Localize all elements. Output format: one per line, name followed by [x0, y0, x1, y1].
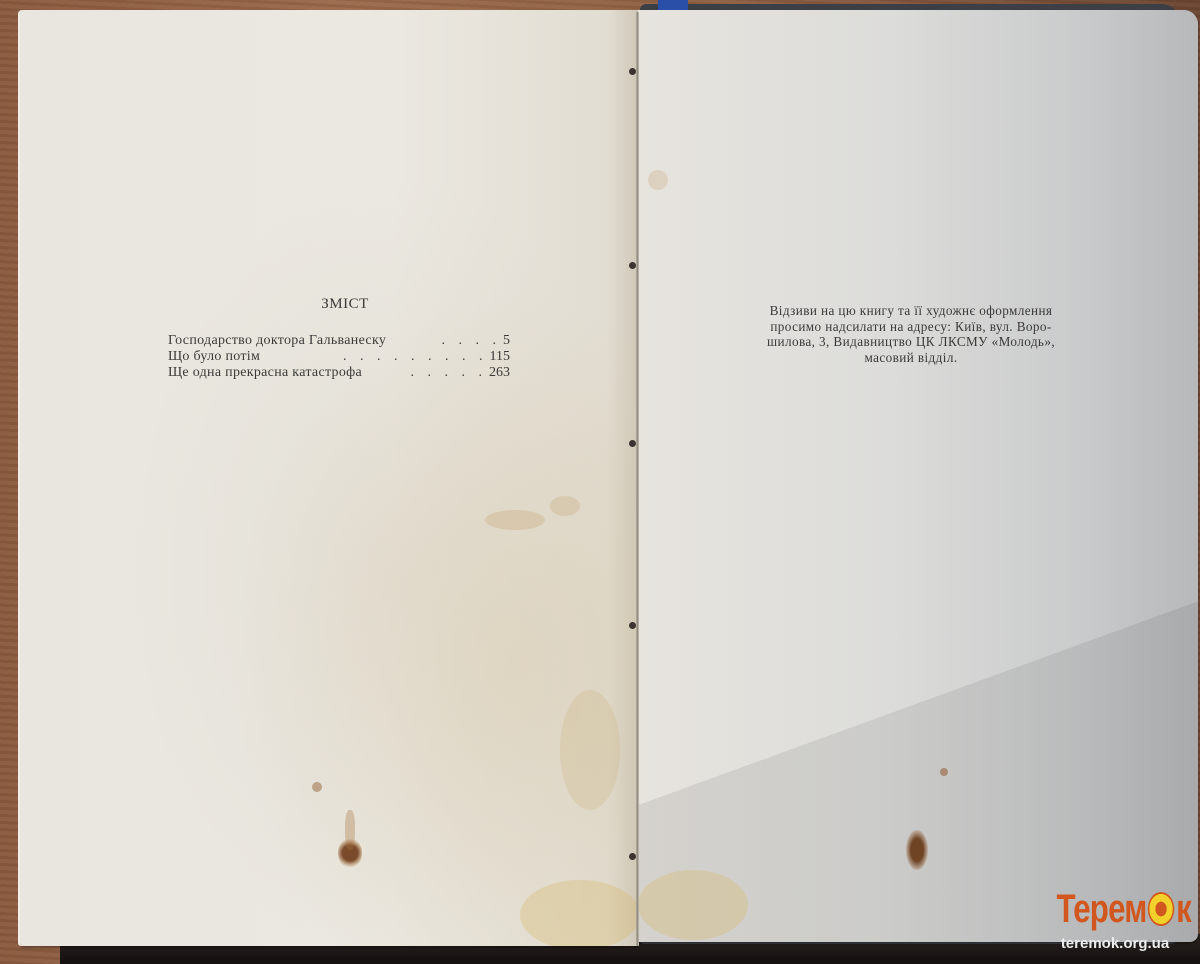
- notice-line: шилова, 3, Видавництво ЦК ЛКСМУ «Молодь»…: [756, 334, 1066, 350]
- notice-line: просимо надсилати на адресу: Київ, вул. …: [756, 319, 1066, 335]
- notice-line: Відзиви на цю книгу та її художнє оформл…: [756, 303, 1066, 319]
- toc-entry: Ще одна прекрасна катастрофа . . . . . 2…: [168, 365, 510, 381]
- toc-entry: Що було потім . . . . . . . . . 115: [168, 349, 510, 365]
- toc-entry: Господарство доктора Гальванеску . . . .…: [168, 333, 510, 349]
- binding-stitch: [629, 68, 636, 75]
- stain: [312, 782, 322, 792]
- stain: [550, 496, 580, 516]
- stain: [560, 690, 620, 810]
- binding-stitch: [629, 262, 636, 269]
- toc-title: ЗМІСТ: [180, 296, 510, 312]
- binding-stitch: [629, 622, 636, 629]
- book-gutter: [636, 12, 639, 946]
- toc-entry-page: 5: [503, 333, 510, 349]
- watermark-url: teremok.org.ua: [1040, 935, 1190, 952]
- toc-leader-dots: . . . .: [386, 333, 503, 349]
- sun-icon: [1148, 892, 1175, 926]
- toc-leader-dots: . . . . . . . . .: [260, 349, 489, 365]
- stain: [638, 870, 748, 940]
- stain: [906, 830, 928, 870]
- logo-text: к: [1176, 887, 1191, 931]
- right-page: [638, 10, 1198, 942]
- notice-line: масовий відділ.: [756, 350, 1066, 366]
- left-page: ЗМІСТ Господарство доктора Гальванеску .…: [20, 10, 638, 946]
- table-of-contents: ЗМІСТ Господарство доктора Гальванеску .…: [168, 296, 510, 381]
- toc-entry-page: 115: [490, 349, 510, 365]
- logo-text: Терем: [1057, 887, 1147, 931]
- toc-entry-page: 263: [489, 365, 510, 381]
- toc-entry-title: Господарство доктора Гальванеску: [168, 333, 386, 349]
- toc-entry-title: Ще одна прекрасна катастрофа: [168, 365, 362, 381]
- toc-entry-title: Що було потім: [168, 349, 260, 365]
- book-spine-blue-edge: [658, 0, 688, 10]
- stain: [520, 880, 638, 946]
- binding-stitch: [629, 853, 636, 860]
- binding-stitch: [629, 440, 636, 447]
- publisher-notice: Відзиви на цю книгу та її художнє оформл…: [756, 303, 1066, 365]
- stain: [940, 768, 948, 776]
- stain: [648, 170, 668, 190]
- teremok-watermark: Теремк teremok.org.ua: [1040, 889, 1190, 952]
- teremok-logo: Теремк: [1057, 889, 1174, 929]
- toc-leader-dots: . . . . .: [362, 365, 489, 381]
- stain: [485, 510, 545, 530]
- stain: [345, 810, 355, 850]
